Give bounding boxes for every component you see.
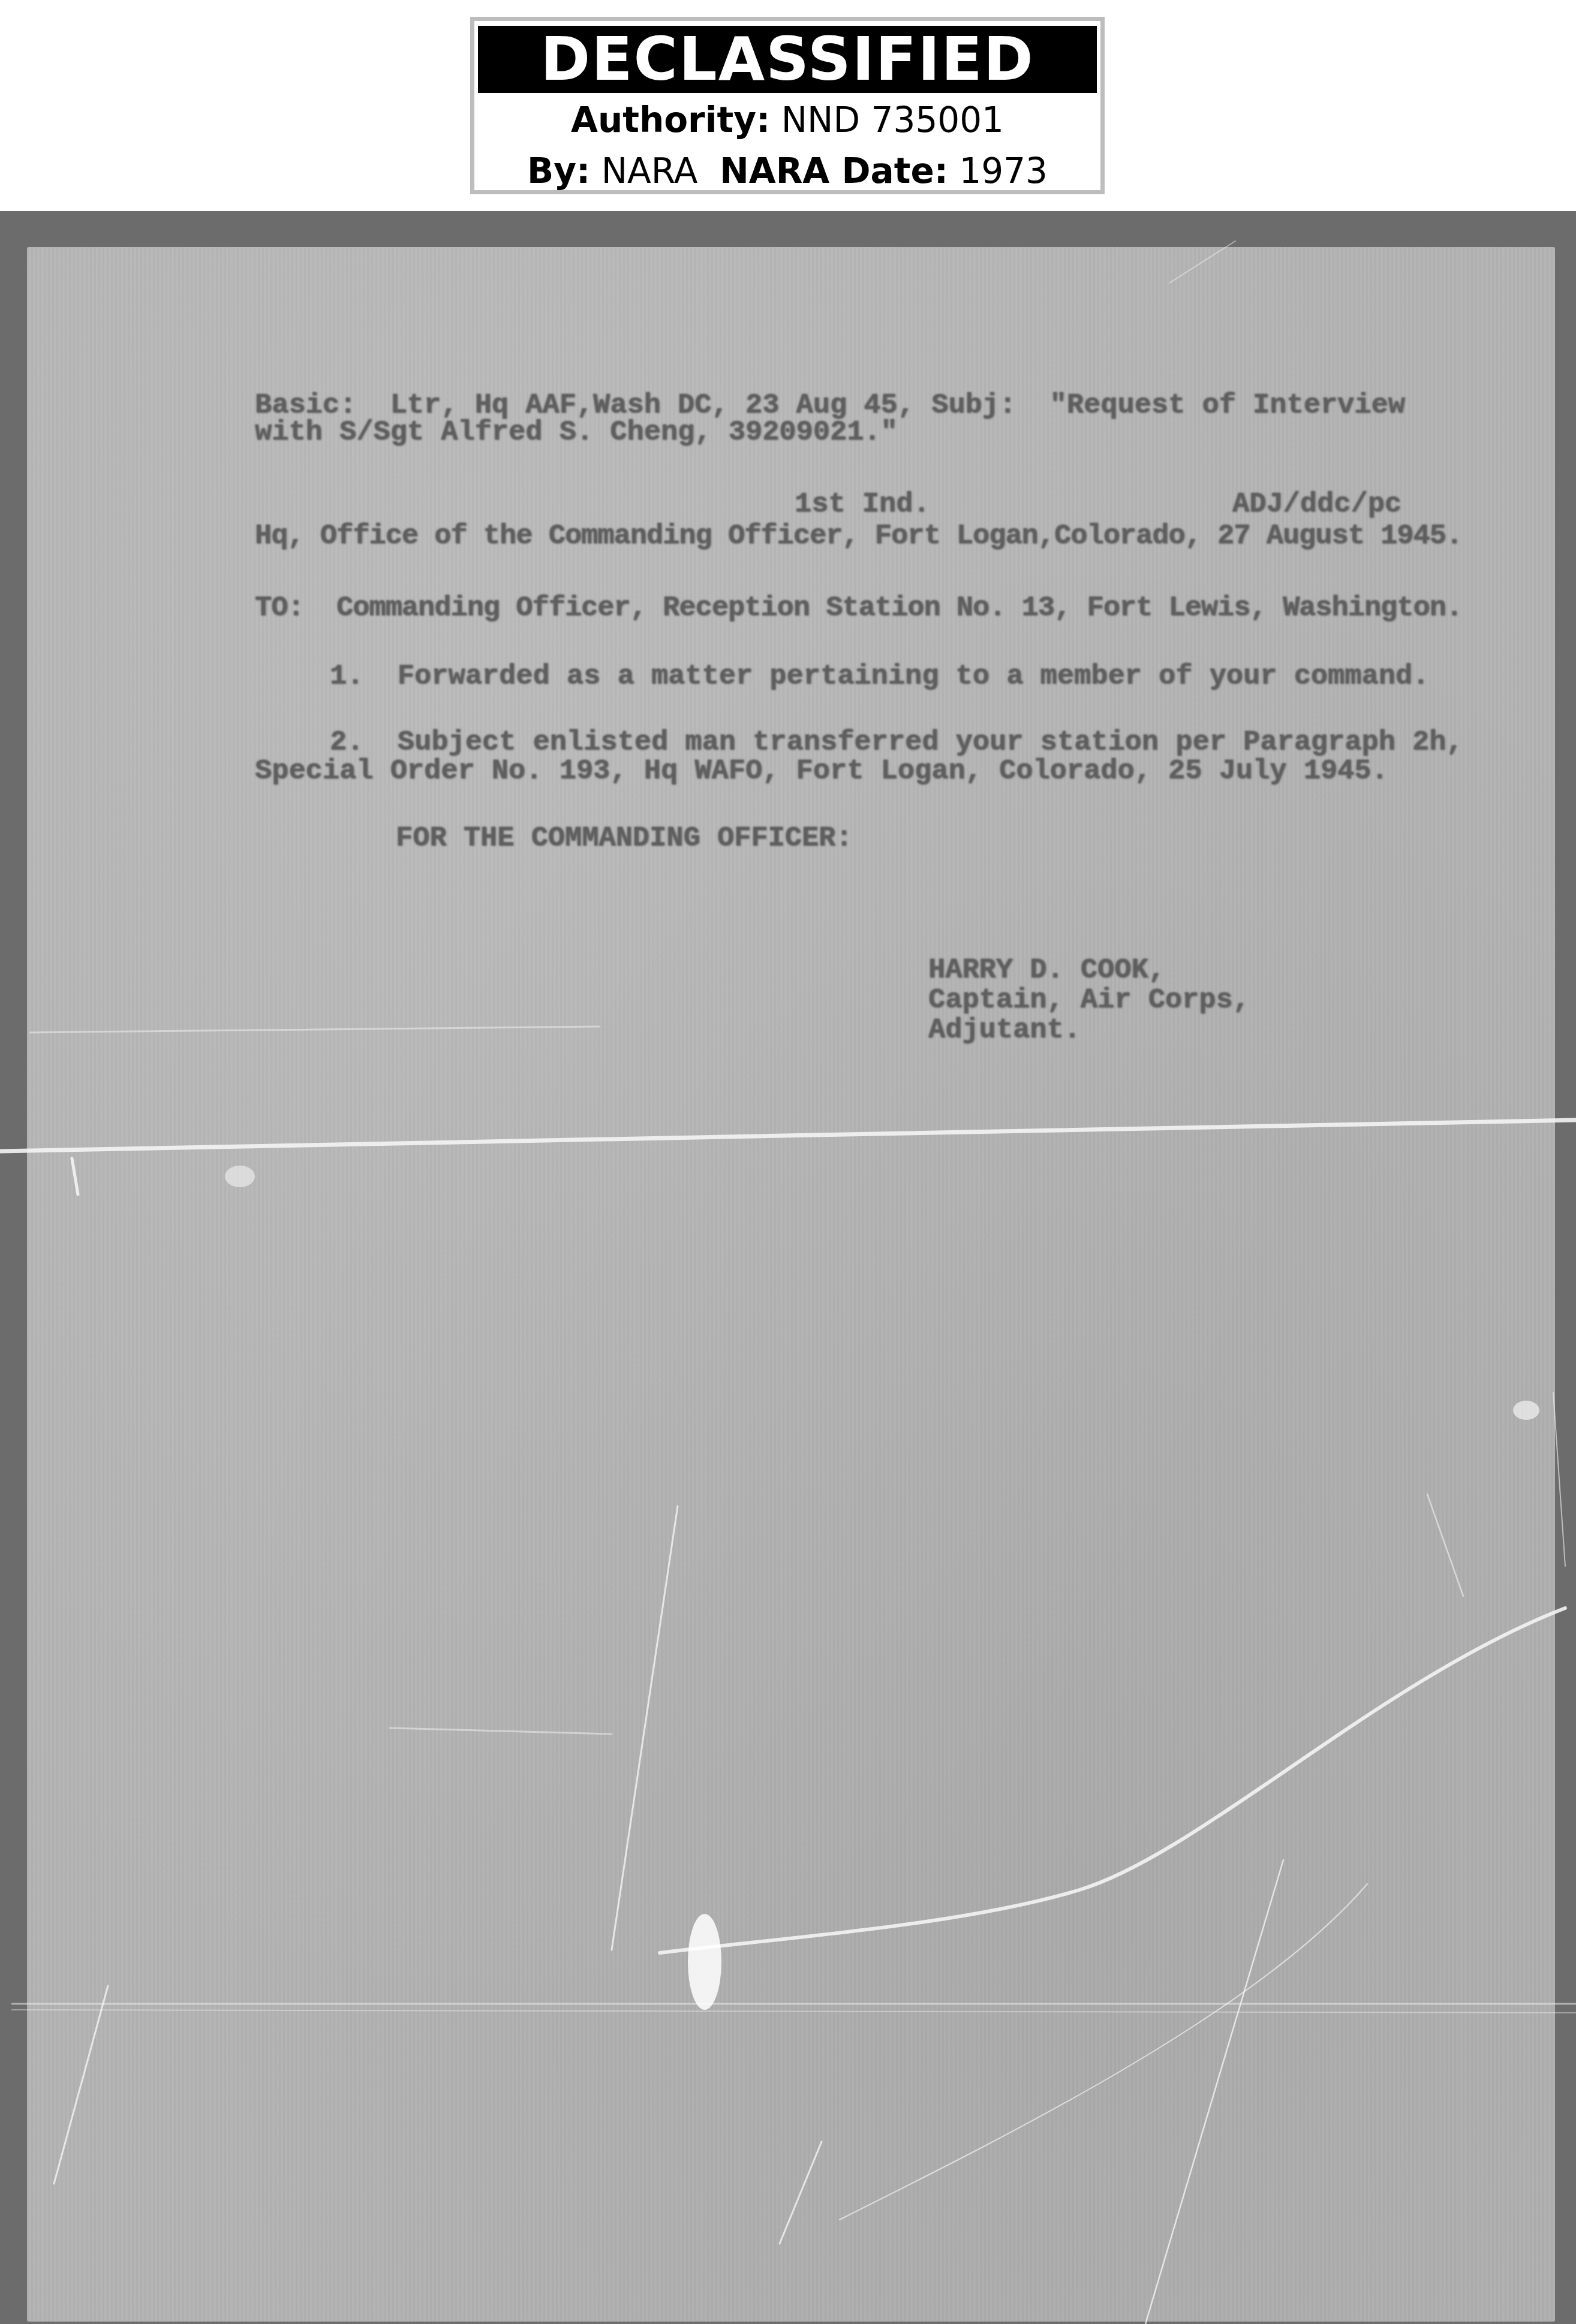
by-value: NARA xyxy=(601,150,698,191)
date-value: 1973 xyxy=(959,150,1048,191)
authority-label: Authority: xyxy=(571,100,770,140)
to-line: TO: Commanding Officer, Reception Statio… xyxy=(255,594,1462,624)
declassified-stamp: DECLASSIFIED Authority: NND 735001 By: N… xyxy=(470,17,1105,194)
paragraph-1: 1. Forwarded as a matter pertaining to a… xyxy=(330,662,1429,692)
paragraph-2-line-2: Special Order No. 193, Hq WAFO, Fort Log… xyxy=(255,757,1388,787)
stamp-title: DECLASSIFIED xyxy=(478,26,1097,93)
signature-name: HARRY D. COOK, xyxy=(928,956,1165,986)
stamp-by-date: By: NARA NARA Date: 1973 xyxy=(474,150,1100,192)
scanned-page: Basic: Ltr, Hq AAF,Wash DC, 23 Aug 45, S… xyxy=(0,211,1576,2324)
basic-reference-line-2: with S/Sgt Alfred S. Cheng, 39209021." xyxy=(255,418,898,448)
authority-value: NND 735001 xyxy=(781,100,1004,140)
stamp-authority: Authority: NND 735001 xyxy=(474,99,1100,141)
paper-sheet xyxy=(27,247,1555,2322)
by-label: By: xyxy=(527,150,590,191)
reference-code: ADJ/ddc/pc xyxy=(1232,490,1401,520)
from-line: Hq, Office of the Commanding Officer, Fo… xyxy=(255,522,1462,552)
signature-title: Adjutant. xyxy=(928,1016,1081,1046)
indorsement-label: 1st Ind. xyxy=(795,490,930,520)
date-label: NARA Date: xyxy=(720,150,948,191)
paragraph-2-line-1: 2. Subject enlisted man transferred your… xyxy=(330,728,1463,758)
signature-rank: Captain, Air Corps, xyxy=(928,986,1250,1016)
closing-line: FOR THE COMMANDING OFFICER: xyxy=(396,824,853,854)
